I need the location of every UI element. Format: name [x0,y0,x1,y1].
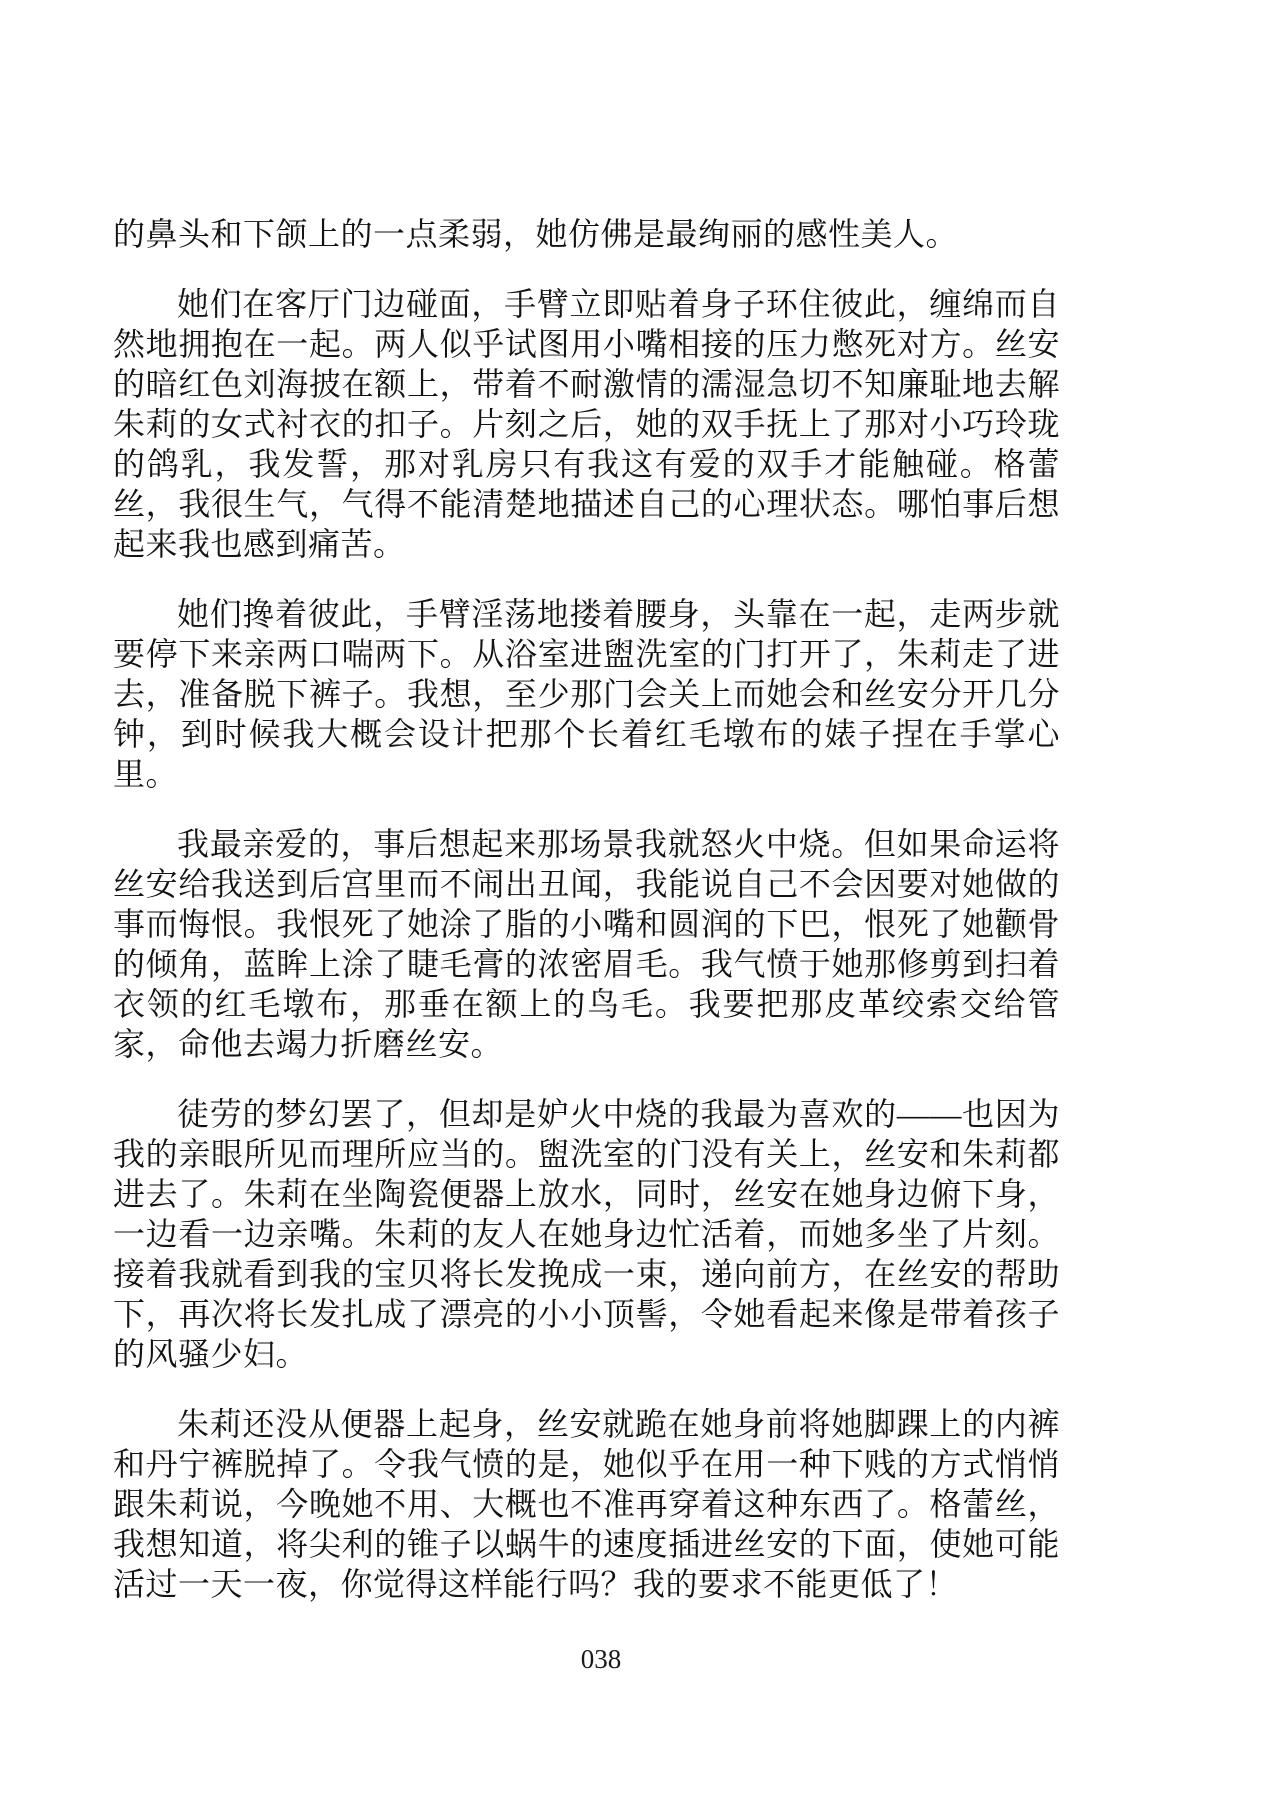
paragraph: 她们在客厅门边碰面，手臂立即贴着身子环住彼此，缠绵而自然地拥抱在一起。两人似乎试… [113,284,1060,564]
page-body: 的鼻头和下颌上的一点柔弱，她仿佛是最绚丽的感性美人。她们在客厅门边碰面，手臂立即… [113,214,1060,1634]
paragraph: 她们搀着彼此，手臂淫荡地搂着腰身，头靠在一起，走两步就要停下来亲两口喘两下。从浴… [113,594,1060,794]
paragraph: 徒劳的梦幻罢了，但却是妒火中烧的我最为喜欢的——也因为我的亲眼所见而理所应当的。… [113,1094,1060,1374]
paragraph: 朱莉还没从便器上起身，丝安就跪在她身前将她脚踝上的内裤和丹宁裤脱掉了。令我气愤的… [113,1404,1060,1604]
document-page: 的鼻头和下颌上的一点柔弱，她仿佛是最绚丽的感性美人。她们在客厅门边碰面，手臂立即… [0,0,1280,1816]
paragraph: 的鼻头和下颌上的一点柔弱，她仿佛是最绚丽的感性美人。 [113,214,1060,254]
paragraph: 我最亲爱的，事后想起来那场景我就怒火中烧。但如果命运将丝安给我送到后宫里而不闹出… [113,824,1060,1064]
page-number: 038 [0,1643,1202,1675]
